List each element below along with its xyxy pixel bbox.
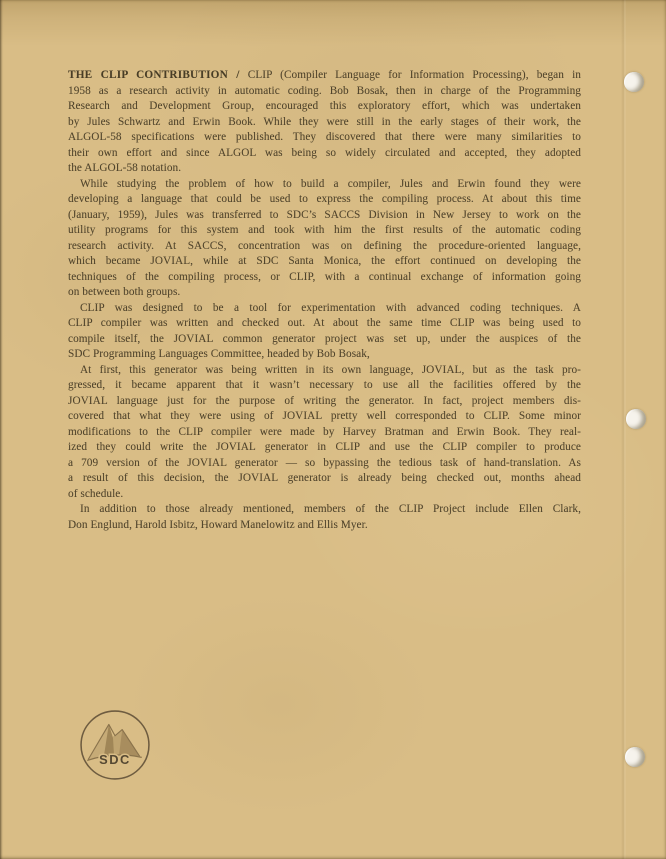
text-line: CLIP compiler was written and checked ou…: [68, 316, 581, 332]
sdc-logo-graphic: SDC: [79, 709, 151, 781]
logo-text: SDC: [99, 752, 131, 767]
article-heading: THE CLIP CONTRIBUTION /: [68, 69, 240, 81]
text-line: on between both groups.: [68, 285, 581, 301]
text-line: Research and Development Group, encourag…: [68, 99, 581, 115]
text-line: CLIP was designed to be a tool for exper…: [68, 301, 581, 317]
page-top-shadow: [0, 0, 666, 46]
text-line: While studying the problem of how to bui…: [68, 177, 581, 193]
paper-crease: [621, 0, 626, 859]
text-line: JOVIAL language just for the purpose of …: [68, 394, 581, 410]
text-line: Don Englund, Harold Isbitz, Howard Manel…: [68, 518, 581, 534]
text-line: ALGOL-58 specifications were published. …: [68, 130, 581, 146]
article-text: THE CLIP CONTRIBUTION / CLIP (Compiler L…: [68, 68, 581, 533]
paragraph: In addition to those already mentioned, …: [68, 502, 581, 533]
text-line: techniques of the compiling process, or …: [68, 270, 581, 286]
text-line: a result of this decision, the JOVIAL ge…: [68, 471, 581, 487]
text-line: THE CLIP CONTRIBUTION / CLIP (Compiler L…: [68, 68, 581, 84]
text-line: of schedule.: [68, 487, 581, 503]
text-line: ized they could write the JOVIAL generat…: [68, 440, 581, 456]
text-line: (January, 1959), Jules was transferred t…: [68, 208, 581, 224]
text-line: research activity. At SACCS, concentrati…: [68, 239, 581, 255]
punch-hole-top: [624, 72, 644, 92]
text-line: developing a language that could be used…: [68, 192, 581, 208]
text-line: modifications to the CLIP compiler were …: [68, 425, 581, 441]
text-line: compile itself, the JOVIAL common genera…: [68, 332, 581, 348]
punch-hole-middle: [626, 409, 646, 429]
paragraph: While studying the problem of how to bui…: [68, 177, 581, 301]
paragraph: THE CLIP CONTRIBUTION / CLIP (Compiler L…: [68, 68, 581, 177]
text-line: the ALGOL-58 notation.: [68, 161, 581, 177]
text-line: SDC Programming Languages Committee, hea…: [68, 347, 581, 363]
punch-hole-bottom: [625, 747, 645, 767]
text-line: by Jules Schwartz and Erwin Book. While …: [68, 115, 581, 131]
text-line: In addition to those already mentioned, …: [68, 502, 581, 518]
paragraph: CLIP was designed to be a tool for exper…: [68, 301, 581, 363]
text-line: which became JOVIAL, while at SDC Santa …: [68, 254, 581, 270]
text-line: gressed, it became apparent that it wasn…: [68, 378, 581, 394]
text-line: their own effort and since ALGOL was bei…: [68, 146, 581, 162]
text-line: covered that what they were using of JOV…: [68, 409, 581, 425]
text-line: a 709 version of the JOVIAL generator — …: [68, 456, 581, 472]
text-line: At first, this generator was being writt…: [68, 363, 581, 379]
scanned-page: THE CLIP CONTRIBUTION / CLIP (Compiler L…: [0, 0, 666, 859]
paragraph: At first, this generator was being writt…: [68, 363, 581, 503]
text-line: 1958 as a research activity in automatic…: [68, 84, 581, 100]
text-line: utility programs for this system and too…: [68, 223, 581, 239]
sdc-logo: SDC: [79, 709, 151, 781]
